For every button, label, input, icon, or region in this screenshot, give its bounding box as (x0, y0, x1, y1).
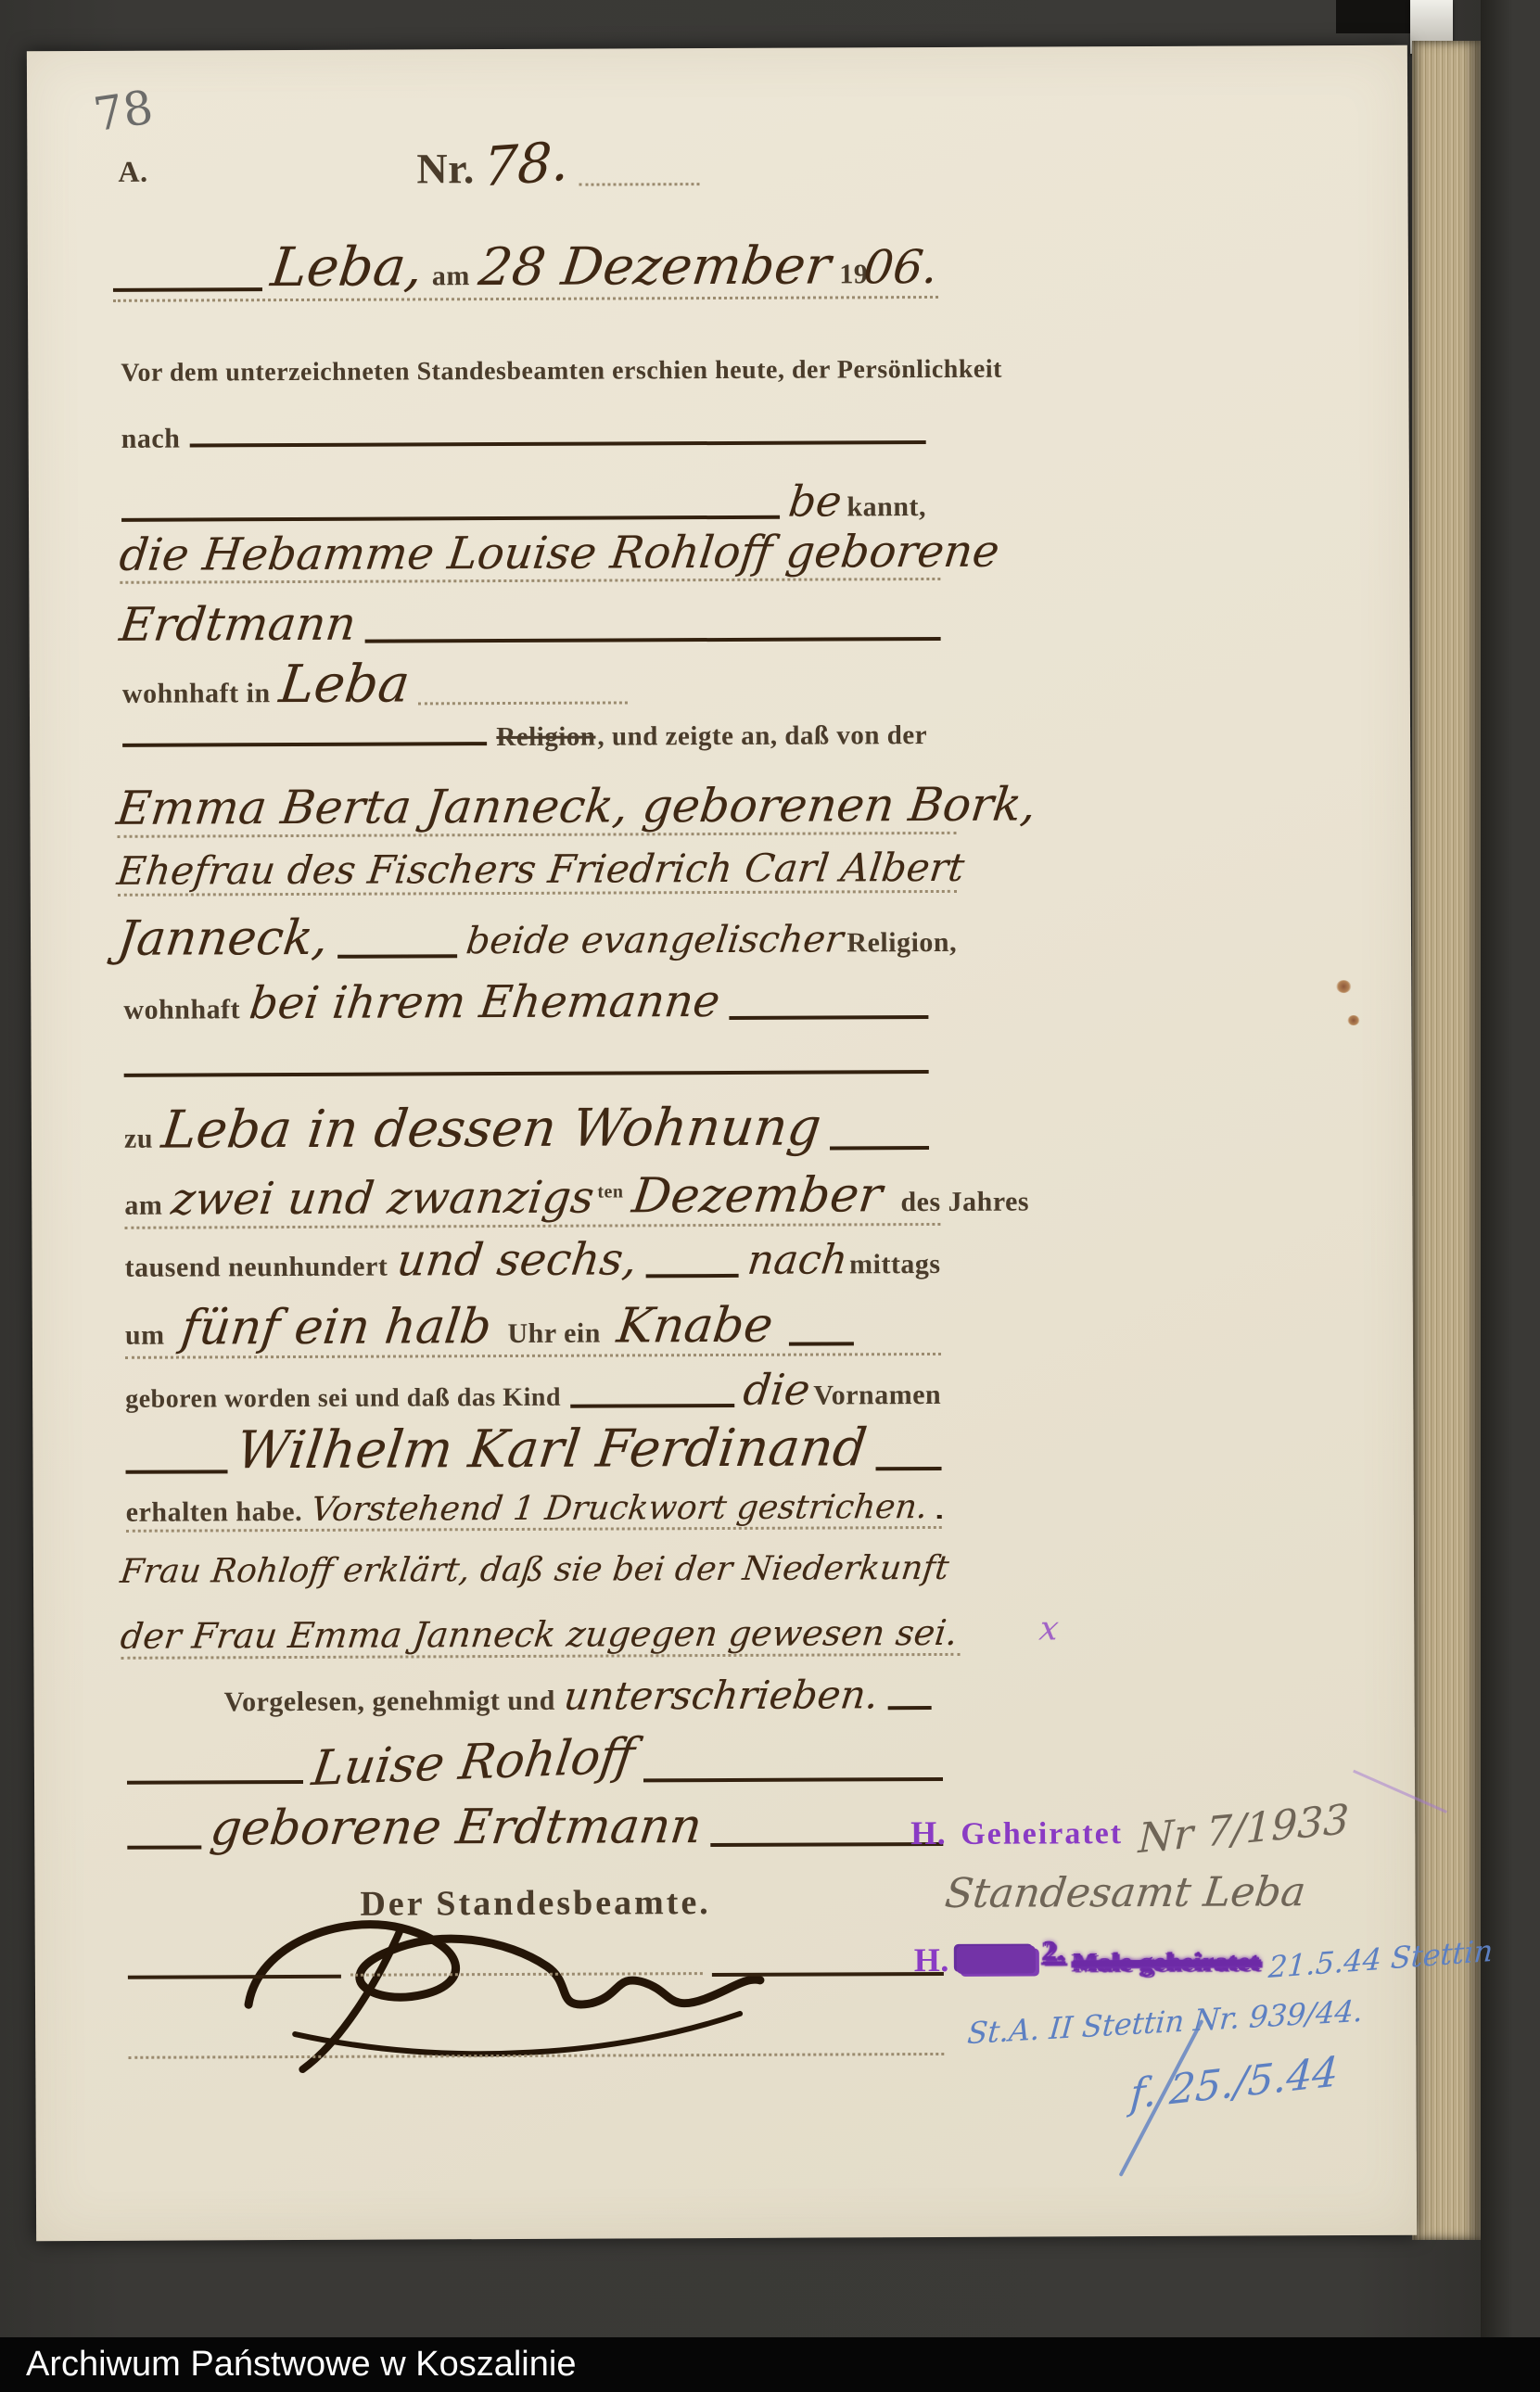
binding-shadow-top-right (1336, 0, 1416, 33)
mother-religion-value: beide evangelischer (464, 918, 846, 962)
correction-rule (937, 1515, 942, 1519)
remarried-num: 2. (1043, 1935, 1066, 1966)
registrar-lead-rule (128, 1975, 341, 1979)
intro-row: Vor dem unterzeichneten Standesbeamten e… (121, 355, 1002, 388)
statement-row-2: der Frau Emma Janneck zugegen gewesen se… (121, 1612, 960, 1660)
birth-date-row: am zwei und zwanzigs ten Dezember des Ja… (124, 1167, 940, 1229)
birth-day-value: zwei und zwanzigs (169, 1172, 597, 1226)
remarriage-ref-note: St.A. II Stettin Nr. 939/44. (966, 1993, 1365, 2051)
nr-value: 78. (482, 129, 570, 198)
vorgelesen-rule (887, 1706, 931, 1710)
mittags-label: mittags (849, 1249, 941, 1280)
pencil-number-text: 78 (90, 81, 156, 143)
bekannt-label: kannt, (846, 491, 926, 523)
nr-rule (579, 183, 699, 186)
des-jahres-label: des Jahres (900, 1187, 1029, 1219)
book-fore-edge (1412, 41, 1481, 2240)
child-name-row: Wilhelm Karl Ferdinand (125, 1418, 941, 1482)
geheiratet-stamp: Geheiratet (961, 1816, 1123, 1852)
marriage-stamp-row: H. Geheiratet Nr 7/1933 (910, 1805, 1349, 1854)
unterschrieben-value: unterschrieben. (562, 1672, 881, 1719)
declarant-signature-maiden: geborene Erdtmann (208, 1799, 705, 1856)
be-handwritten: be (786, 476, 845, 526)
nr-label: Nr. (416, 144, 475, 193)
mother-line2: Ehefrau des Fischers Friedrich Carl Albe… (115, 845, 967, 894)
intro-text: Vor dem unterzeichneten Standesbeamten e… (121, 355, 1002, 388)
foxing-spot (1347, 1015, 1359, 1025)
mother-row-3: Janneck, beide evangelischer Religion, (118, 908, 957, 967)
registrar-mid-rule (350, 1972, 703, 1977)
nach-rule (189, 440, 925, 447)
remarried-stamp-text: Male geheiratet (1073, 1947, 1260, 1978)
child-name-trail-rule (875, 1467, 941, 1470)
vorgelesen-label: Vorgelesen, genehmigt und (224, 1686, 555, 1719)
birth-time-rule (789, 1342, 854, 1345)
wohnhaft-label: wohnhaft (123, 994, 240, 1026)
birth-year-rule (646, 1274, 739, 1278)
religion-struck-label: Religion (496, 722, 595, 753)
zu-label: zu (124, 1124, 153, 1155)
zeigte-an-label: , und zeigte an, daß von der (597, 720, 927, 753)
sig1-trail-rule (643, 1777, 943, 1782)
corner-letter-text: A. (118, 155, 147, 189)
bekannt-row: be kannt, (121, 476, 926, 529)
erhalten-label: erhalten habe. (126, 1496, 302, 1529)
declarant-line2: Erdtmann (117, 597, 359, 652)
religion-lead-rule (122, 742, 487, 747)
registrar-trail-rule (712, 1972, 944, 1977)
religion-row: Religion , und zeigte an, daß von der (122, 720, 927, 755)
marriage-ref-note: Nr 7/1933 (1138, 1796, 1350, 1863)
remarriage-stamp-row: H. 2. Male geheiratet 21.5.44 Stettin (914, 1938, 1494, 1979)
declarant-signature: Luise Rohloff (309, 1728, 638, 1797)
record-page: 78 A. Nr. 78. Leba, am 28 Dezember 19 06… (27, 45, 1417, 2241)
nach-value: nach (745, 1236, 850, 1283)
bekannt-rule (121, 515, 780, 522)
die-value: die (741, 1365, 813, 1415)
nach-row: nach (121, 420, 926, 455)
birth-month-value: Dezember (630, 1167, 885, 1224)
geboren-rule (570, 1404, 734, 1408)
signature-row-1: Luise Rohloff (127, 1733, 943, 1792)
nach-label: nach (121, 424, 181, 455)
archive-scan-page: { "colors": { "paper": "#eae3d2", "backg… (0, 0, 1540, 2392)
child-name-value: Wilhelm Karl Ferdinand (234, 1418, 871, 1481)
scan-right-edge (1481, 0, 1540, 2392)
child-sex-value: Knabe (614, 1298, 776, 1355)
year-value: 06. (861, 240, 941, 294)
correction-note: Vorstehend 1 Druckwort gestrichen. (310, 1488, 930, 1529)
foxing-spot (1336, 980, 1351, 993)
tausend-label: tausend neunhundert (125, 1252, 388, 1284)
purple-x-mark: x (1039, 1610, 1058, 1648)
statement-row-1: Frau Rohloff erklärt, daß sie bei der Ni… (121, 1549, 960, 1591)
date-value: 28 Dezember (476, 235, 834, 298)
marriage-office-row: Standesamt Leba (945, 1868, 1305, 1917)
declarant-line1: die Hebamme Louise Rohloff geborene (117, 526, 1002, 581)
residence-rule (418, 701, 628, 705)
stamp-h2: H. (914, 1940, 949, 1979)
bottom-rule-row (128, 2041, 944, 2068)
pencil-folio-number: 78 (94, 84, 153, 138)
birth-place-rule (830, 1146, 929, 1150)
mother-name: Janneck, (114, 910, 331, 967)
birth-time-row: um fünf ein halb Uhr ein Knabe (125, 1297, 941, 1359)
wohnhaft-in-label: wohnhaft in (122, 678, 271, 710)
signature-row-2: geborene Erdtmann (127, 1798, 943, 1857)
vornamen-label: Vornamen (813, 1380, 941, 1412)
birth-time-value: fünf ein halb (178, 1299, 494, 1355)
place-lead-rule (113, 287, 262, 292)
registrar-rule-row (128, 1955, 944, 1987)
bottom-dotted-rule (128, 2053, 944, 2059)
mother-row-1: Emma Berta Janneck, geborenen Bork, (117, 778, 956, 838)
place-date-row: Leba, am 28 Dezember 19 06. (113, 233, 938, 302)
mother-line1: Emma Berta Janneck, geborenen Bork, (114, 778, 1039, 835)
mother-row-2: Ehefrau des Fischers Friedrich Carl Albe… (118, 845, 957, 897)
purple-x-text: x (1037, 1610, 1061, 1648)
religion-label: Religion, (846, 927, 957, 960)
ten-suffix: ten (597, 1181, 623, 1202)
declarant-rule (365, 637, 941, 643)
place-value: Leba, (268, 235, 426, 299)
child-name-lead-rule (126, 1470, 228, 1473)
declarant-row-1: die Hebamme Louise Rohloff geborene (120, 526, 940, 584)
residence-value: Leba (276, 654, 413, 715)
uhr-ein-label: Uhr ein (507, 1318, 601, 1350)
wohnhaft-rule (729, 1015, 928, 1020)
stamp-h1: H. (910, 1813, 946, 1852)
declarant-row-2: Erdtmann (120, 594, 940, 652)
record-number-row: Nr. 78. (416, 132, 699, 196)
wohnhaft-value: bei ihrem Ehemanne (247, 975, 722, 1029)
archive-name: Archiwum Państwowe w Koszalinie (26, 2345, 576, 2384)
archive-footer-bar: Archiwum Państwowe w Koszalinie (0, 2337, 1540, 2392)
form-letter-a: A. (118, 155, 147, 189)
birth-year-row: tausend neunhundert und sechs, nach mitt… (124, 1232, 940, 1288)
sig1-lead-rule (127, 1780, 303, 1785)
um-label: um (125, 1320, 165, 1352)
statement-line2: der Frau Emma Janneck zugegen gewesen se… (119, 1612, 961, 1657)
clerk-initial-note: f. 25./5.44 (1128, 2048, 1340, 2118)
blank-line-row (124, 1044, 929, 1085)
mother-residence-row: wohnhaft bei ihrem Ehemanne (123, 974, 928, 1030)
vorgelesen-row: Vorgelesen, genehmigt und unterschrieben… (223, 1672, 931, 1720)
birth-year-value: und sechs, (394, 1233, 640, 1286)
marriage-office-note: Standesamt Leba (943, 1868, 1309, 1917)
birth-place-value: Leba in dessen Wohnung (159, 1098, 824, 1161)
remarriage-ref-row: St.A. II Stettin Nr. 939/44. (967, 2004, 1363, 2041)
birth-place-row: zu Leba in dessen Wohnung (124, 1097, 929, 1161)
sig2-trail-rule (711, 1842, 944, 1847)
stamp-ink-blot (957, 1946, 1036, 1974)
statement-line1: Frau Rohloff erklärt, daß sie bei der Ni… (119, 1549, 951, 1591)
correction-row: erhalten habe. Vorstehend 1 Druckwort ge… (126, 1488, 942, 1533)
am-label: am (432, 261, 470, 292)
residence-row: wohnhaft in Leba (122, 653, 628, 715)
geboren-label: geboren worden sei und daß das Kind (125, 1383, 561, 1415)
am2-label: am (124, 1190, 162, 1222)
geboren-row: geboren worden sei und daß das Kind die … (125, 1364, 941, 1418)
mother-rule (337, 954, 457, 959)
blank-rule (124, 1070, 929, 1077)
sig2-lead-rule (127, 1845, 201, 1849)
